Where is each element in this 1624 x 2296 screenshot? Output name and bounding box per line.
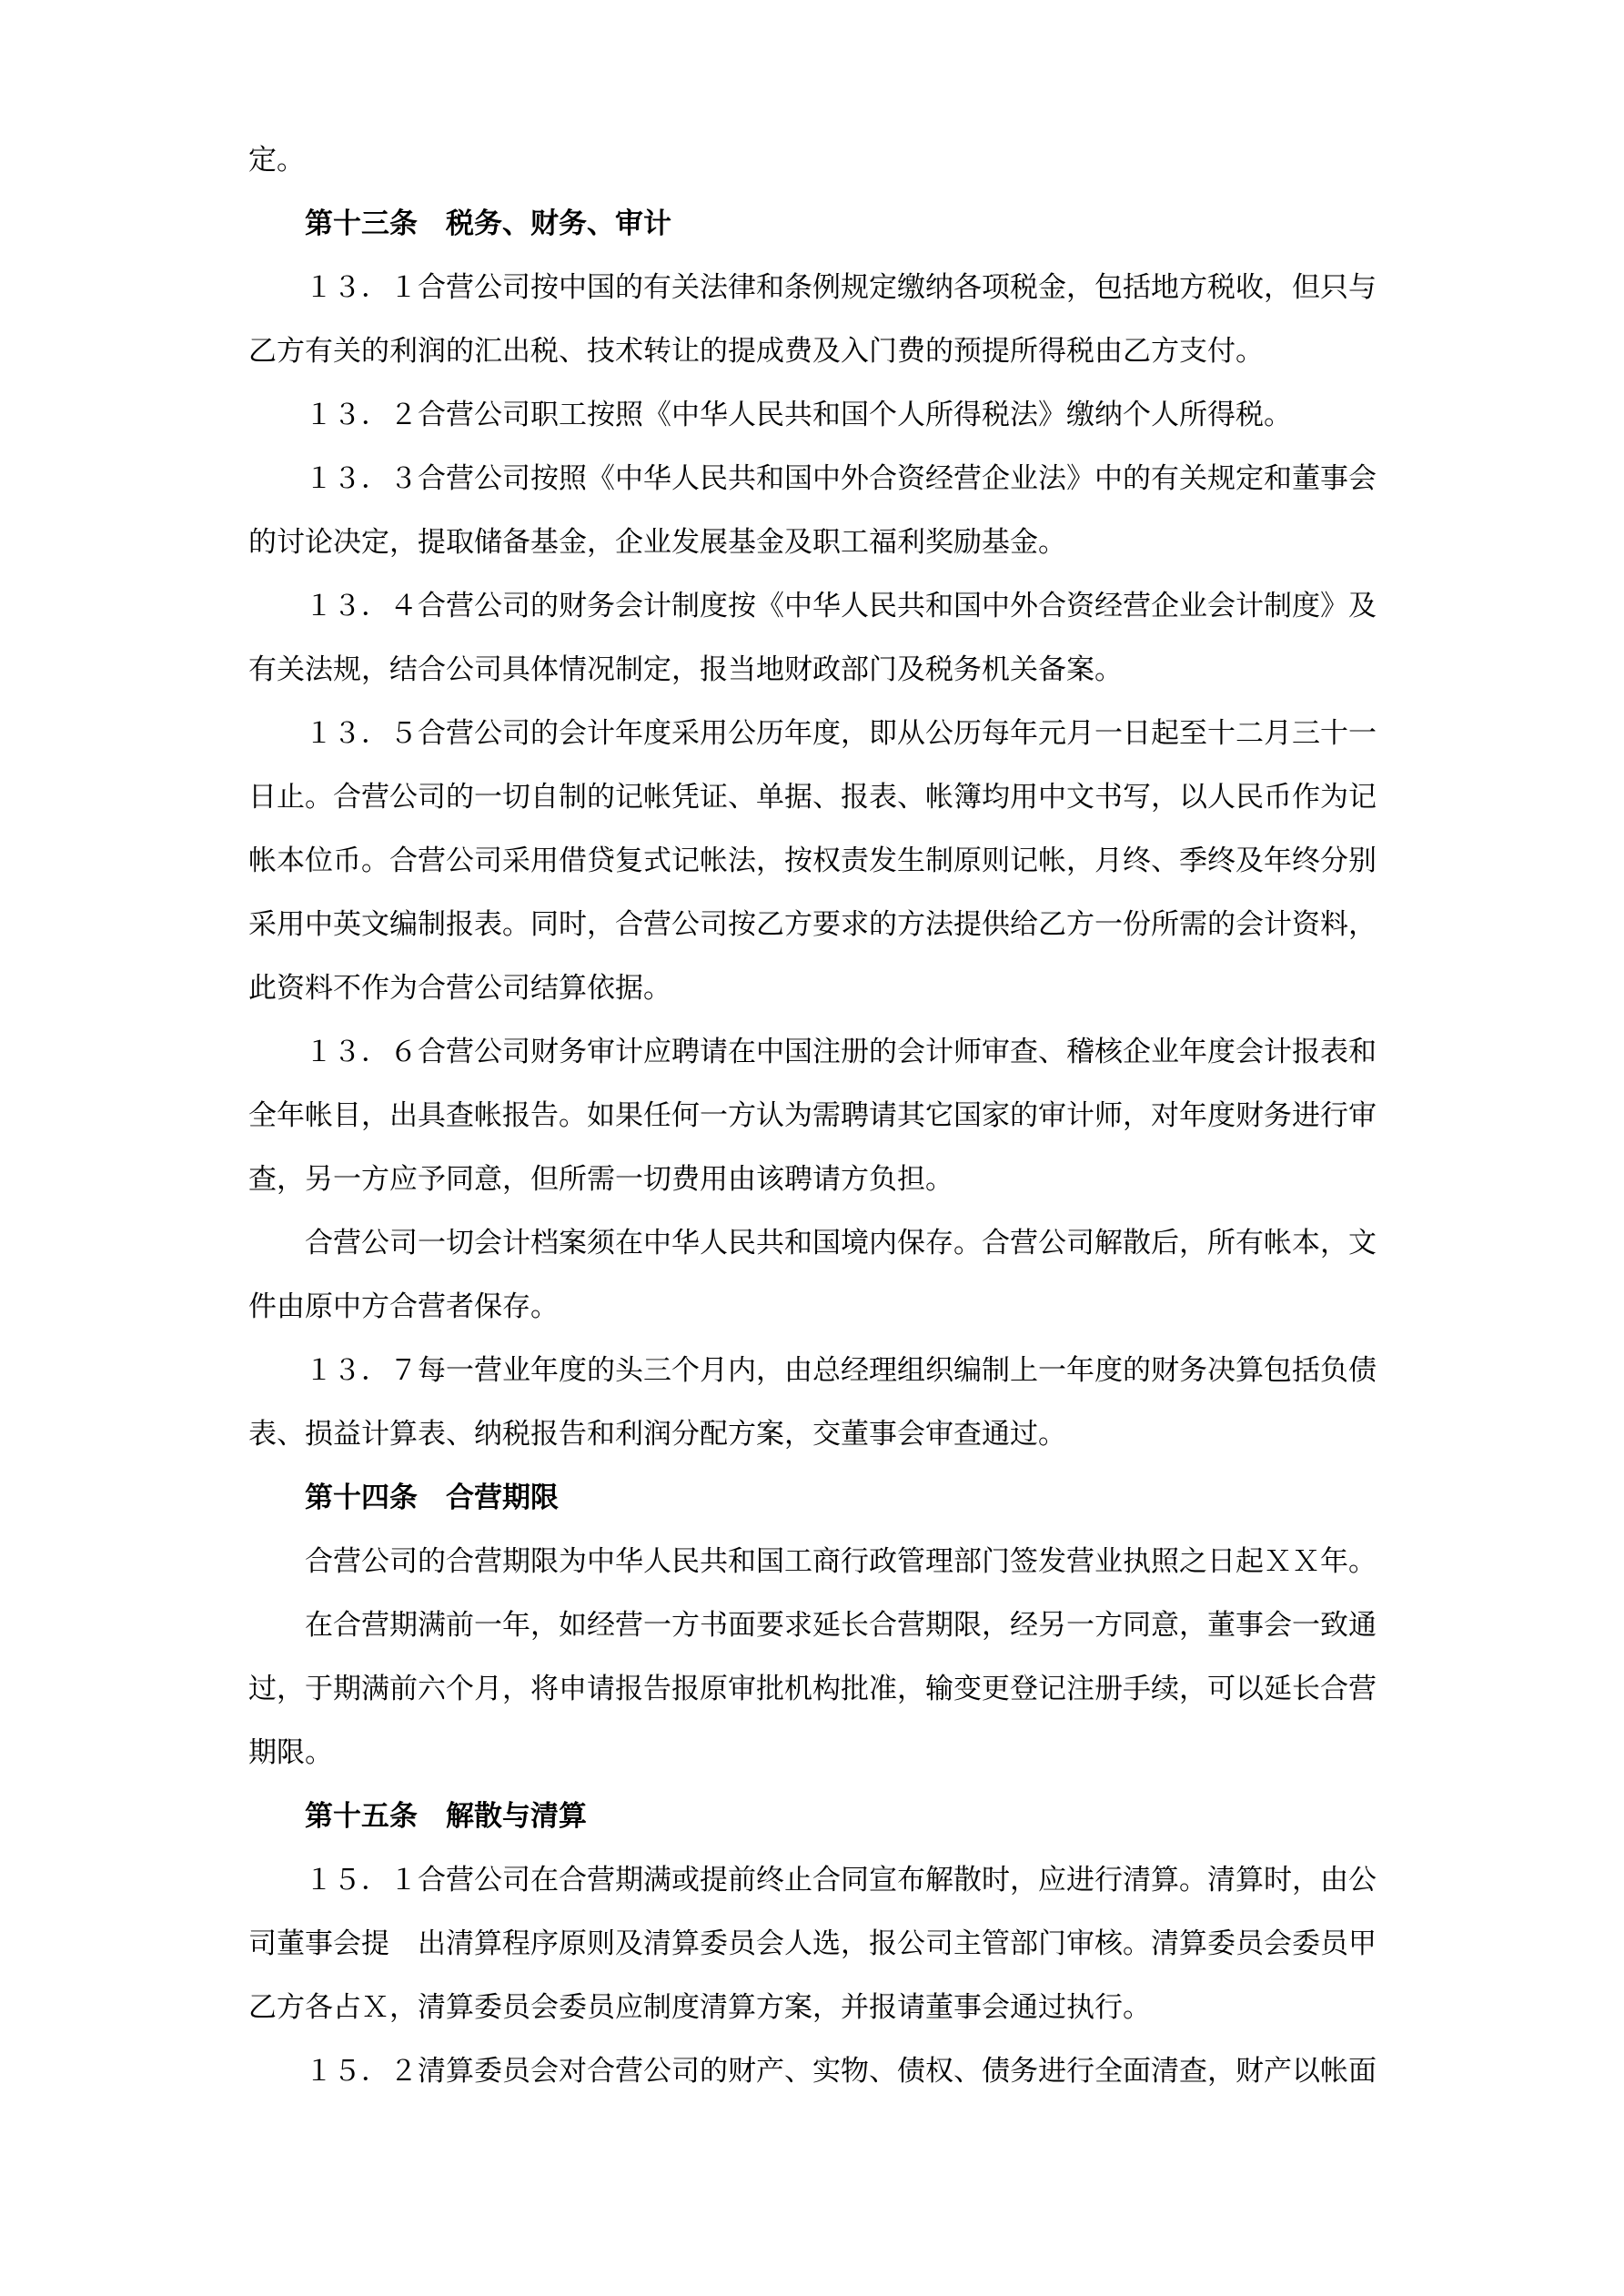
article-heading: 第十四条 合营期限 [248,1466,1378,1530]
article-heading: 第十三条 税务、财务、审计 [248,192,1378,256]
document-line: １３．５合营公司的会计年度采用公历年度，即从公历每年元月一日起至十二月三十一 [248,702,1378,765]
document-page: 定。第十三条 税务、财务、审计１３．１合营公司按中国的有关法律和条例规定缴纳各项… [0,0,1624,2296]
document-line: 过，于期满前六个月，将申请报告报原审批机构批准，输变更登记注册手续，可以延长合营 [248,1657,1378,1721]
document-line: 件由原中方合营者保存。 [248,1275,1378,1339]
document-line: 全年帐目，出具查帐报告。如果任何一方认为需聘请其它国家的审计师，对年度财务进行审 [248,1084,1378,1148]
document-line: １３．４合营公司的财务会计制度按《中华人民共和国中外合资经营企业会计制度》及 [248,574,1378,638]
document-line: １３．６合营公司财务审计应聘请在中国注册的会计师审查、稽核企业年度会计报表和 [248,1020,1378,1084]
document-line: 帐本位币。合营公司采用借贷复式记帐法，按权责发生制原则记帐，月终、季终及年终分别 [248,829,1378,893]
document-line: 乙方各占Ｘ，清算委员会委员应制度清算方案，并报请董事会通过执行。 [248,1976,1378,2039]
document-line: 乙方有关的利润的汇出税、技术转让的提成费及入门费的预提所得税由乙方支付。 [248,319,1378,383]
document-body: 定。第十三条 税务、财务、审计１３．１合营公司按中国的有关法律和条例规定缴纳各项… [248,128,1378,2103]
document-line: １５．１合营公司在合营期满或提前终止合同宣布解散时，应进行清算。清算时，由公 [248,1848,1378,1912]
document-line: 期限。 [248,1721,1378,1785]
document-line: 表、损益计算表、纳税报告和利润分配方案，交董事会审查通过。 [248,1402,1378,1466]
document-line: 查，另一方应予同意，但所需一切费用由该聘请方负担。 [248,1148,1378,1211]
document-line: 采用中英文编制报表。同时，合营公司按乙方要求的方法提供给乙方一份所需的会计资料， [248,893,1378,956]
document-line: １３．１合营公司按中国的有关法律和条例规定缴纳各项税金，包括地方税收，但只与 [248,256,1378,319]
document-line: 的讨论决定，提取储备基金，企业发展基金及职工福利奖励基金。 [248,511,1378,574]
document-line: １３．２合营公司职工按照《中华人民共和国个人所得税法》缴纳个人所得税。 [248,383,1378,447]
document-line: 有关法规，结合公司具体情况制定，报当地财政部门及税务机关备案。 [248,638,1378,702]
document-line: 此资料不作为合营公司结算依据。 [248,956,1378,1020]
document-line: 定。 [248,128,1378,192]
document-line: １３．７每一营业年度的头三个月内，由总经理组织编制上一年度的财务决算包括负债 [248,1339,1378,1402]
document-line: １５．２清算委员会对合营公司的财产、实物、债权、债务进行全面清查，财产以帐面 [248,2039,1378,2103]
document-line: 合营公司的合营期限为中华人民共和国工商行政管理部门签发营业执照之日起ＸＸ年。 [248,1530,1378,1593]
document-line: 合营公司一切会计档案须在中华人民共和国境内保存。合营公司解散后，所有帐本，文 [248,1211,1378,1275]
article-heading: 第十五条 解散与清算 [248,1785,1378,1848]
document-line: 日止。合营公司的一切自制的记帐凭证、单据、报表、帐簿均用中文书写，以人民币作为记 [248,765,1378,829]
document-line: 在合营期满前一年，如经营一方书面要求延长合营期限，经另一方同意，董事会一致通 [248,1593,1378,1657]
document-line: １３．３合营公司按照《中华人民共和国中外合资经营企业法》中的有关规定和董事会 [248,447,1378,511]
document-line: 司董事会提 出清算程序原则及清算委员会人选，报公司主管部门审核。清算委员会委员甲 [248,1912,1378,1976]
